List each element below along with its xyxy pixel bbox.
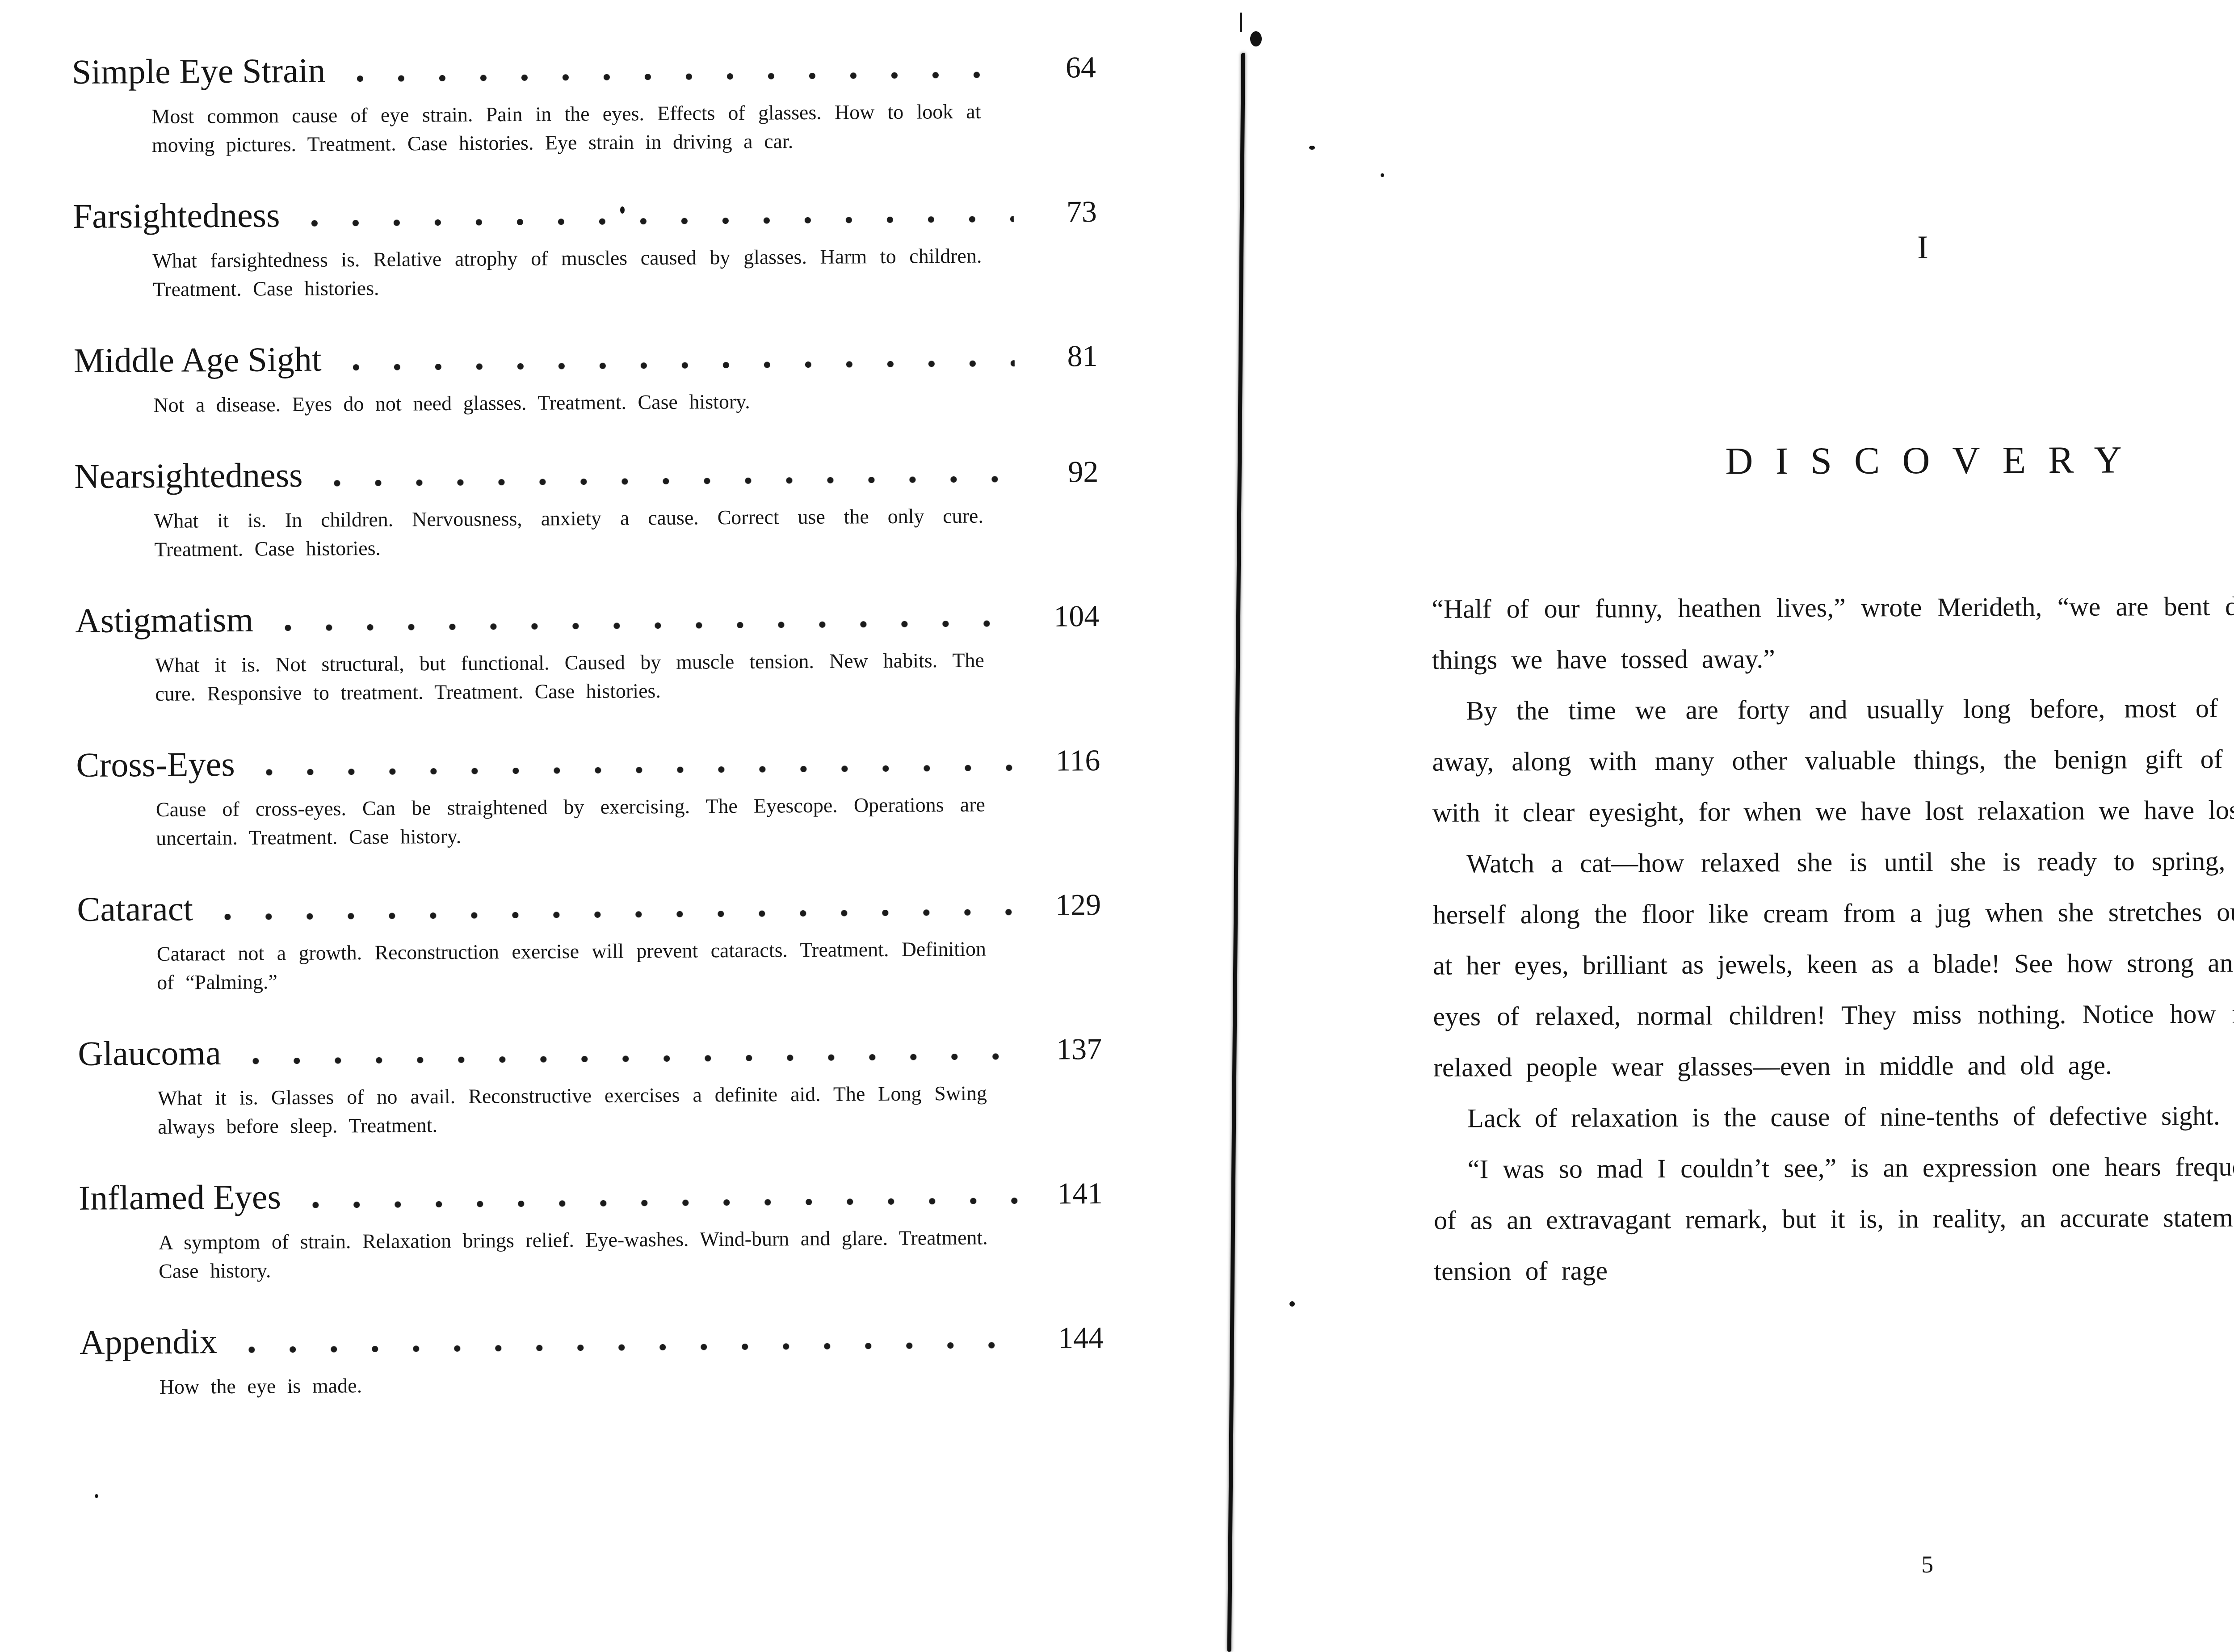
dot-leader [266,764,1017,776]
scan-artifact [1240,13,1242,32]
toc-entry-title: Middle Age Sight [73,340,321,380]
chapter-body: “Half of our funny, heathen lives,” wrot… [1432,580,2234,1297]
body-paragraph: “I was so mad I couldn’t see,” is an exp… [1433,1140,2234,1297]
toc-row: Farsightedness 73 [73,191,1097,235]
toc-row: Inflamed Eyes 141 [79,1173,1103,1217]
chapter-number: I [1430,227,2234,269]
toc-entry: Middle Age Sight 81 Not a disease. Eyes … [73,336,1098,420]
chapter-page: I DISCOVERY “Half of our funny, heathen … [1430,0,2234,1652]
toc-entry: Cross-Eyes 116 Cause of cross-eyes. Can … [76,740,1100,853]
toc-entry-description: What it is. Glasses of no avail. Reconst… [158,1079,987,1141]
toc-entry-page-number: 73 [1030,194,1097,230]
dot-leader [248,1341,1020,1354]
body-paragraph: “Half of our funny, heathen lives,” wrot… [1432,580,2234,685]
toc-entry-description: Cause of cross-eyes. Can be straightened… [156,790,986,853]
toc-entry: Appendix 144 How the eye is made. [80,1317,1104,1402]
toc-row: Cataract 129 [77,884,1101,929]
toc-entry-description: How the eye is made. [160,1368,989,1401]
toc-entry-title: Glaucoma [78,1034,221,1072]
dot-leader [224,908,1018,921]
dot-leader [353,360,1014,371]
scan-artifact [1289,1301,1295,1307]
scan-artifact [1250,31,1262,46]
toc-entry-title: Simple Eye Strain [72,52,326,91]
toc-entry-title: Appendix [80,1323,217,1361]
toc-entry-page-number: 81 [1030,338,1097,374]
toc-entry-title: Cataract [77,890,193,928]
toc-row: Simple Eye Strain 64 [72,47,1096,91]
scan-artifact [620,206,625,214]
toc-row: Astigmatism 104 [75,596,1099,640]
toc-row: Appendix 144 [80,1317,1104,1362]
toc-entry-title: Nearsightedness [74,456,303,495]
toc-entry-description: A symptom of strain. Relaxation brings r… [159,1223,988,1286]
page-number: 5 [1435,1549,2234,1580]
toc-entry-title: Cross-Eyes [76,745,235,784]
toc-entry-title: Farsightedness [73,196,280,235]
toc-entry: Glaucoma 137 What it is. Glasses of no a… [78,1029,1102,1142]
toc-entry: Astigmatism 104 What it is. Not structur… [75,596,1100,709]
toc-row: Nearsightedness 92 [74,451,1098,496]
dot-leader [252,1053,1019,1064]
toc-entry-title: Inflamed Eyes [79,1178,281,1217]
dot-leader [285,620,1016,631]
body-paragraph: Watch a cat—how relaxed she is until she… [1432,835,2234,1093]
scan-artifact [1381,173,1384,177]
toc-entry-page-number: 129 [1034,887,1101,923]
toc-entry-page-number: 104 [1032,598,1099,634]
body-paragraph: By the time we are forty and usually lon… [1432,682,2234,838]
toc-entry-description: Not a disease. Eyes do not need glasses.… [153,386,983,420]
toc-entry-description: Cataract not a growth. Reconstruction ex… [157,935,987,997]
toc-row: Cross-Eyes 116 [76,740,1100,784]
toc-entry-page-number: 92 [1031,454,1098,490]
toc-entry-page-number: 116 [1033,743,1100,778]
body-paragraph: Lack of relaxation is the cause of nine-… [1433,1089,2234,1144]
dot-leader [357,71,1012,82]
toc-entry: Simple Eye Strain 64 Most common cause o… [72,47,1096,160]
toc-entry-page-number: 137 [1035,1031,1102,1067]
toc-entry: Inflamed Eyes 141 A symptom of strain. R… [79,1173,1103,1286]
dot-leader [334,475,1016,487]
book-spine-shadow [1227,53,1245,1652]
book-scan: { "ink_color": "#161616", "paper_color":… [0,0,2234,1652]
chapter-title: DISCOVERY [1431,436,2234,484]
toc-page: Simple Eye Strain 64 Most common cause o… [72,47,1104,1439]
toc-entry-title: Astigmatism [75,601,253,640]
toc-entry-description: What it is. Not structural, but function… [155,646,985,708]
toc-row: Glaucoma 137 [78,1029,1102,1073]
toc-entry-page-number: 64 [1029,50,1096,85]
dot-leader [312,1197,1020,1209]
toc-row: Middle Age Sight 81 [73,336,1097,380]
toc-entry-description: Most common cause of eye strain. Pain in… [151,97,981,160]
toc-entry: Cataract 129 Cataract not a growth. Reco… [77,884,1101,997]
toc-entry-description: What farsightedness is. Relative atrophy… [152,242,982,304]
scan-artifact [95,1494,98,1498]
dot-leader [311,215,1013,227]
toc-entry: Nearsightedness 92 What it is. In childr… [74,451,1099,564]
toc-entry-description: What it is. In children. Nervousness, an… [154,502,984,564]
scan-artifact [1309,146,1315,150]
toc-entry-page-number: 144 [1037,1320,1104,1356]
toc-entry-page-number: 141 [1036,1176,1103,1211]
toc-entry: Farsightedness 73 What farsightedness is… [73,191,1097,304]
